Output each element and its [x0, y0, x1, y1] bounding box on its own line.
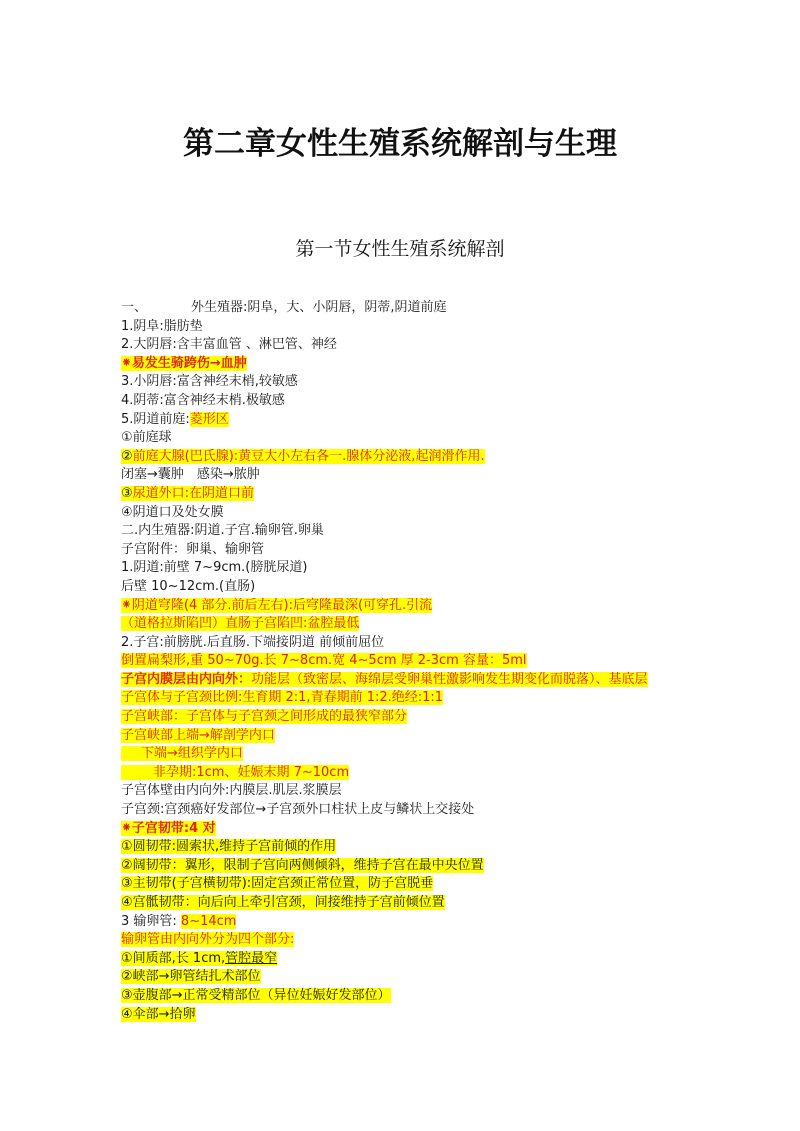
list-marker: 一、 [121, 300, 147, 315]
text-span: 闭塞→囊肿 感染→脓肿 [121, 467, 260, 482]
highlighted-note: ④宫骶韧带：向后向上牵引宫颈，间接维持子宫前倾位置 [121, 895, 445, 910]
text-line: ⁕阴道穹隆(4 部分.前后左右):后穹隆最深(可穿孔.引流 [121, 597, 686, 616]
text-span: ①前庭球 [121, 430, 172, 445]
highlighted-note: 功能层（致密层、海绵层受卵巢性激影响发生期变化而脱落）、基底层 [251, 672, 648, 687]
highlighted-note: 输卵管由内向外分为四个部分: [121, 932, 294, 947]
text-line: ⁕易发生骑跨伤→血肿 [121, 355, 686, 374]
text-line: ③尿道外口:在阴道口前 [121, 485, 686, 504]
text-span: 子宫颈:宫颈癌好发部位→子宫颈外口柱状上皮与鳞状上交接处 [121, 802, 474, 817]
text-line: 3.小阴唇:富含神经末梢,较敏感 [121, 373, 686, 392]
text-span: 1.阴阜:脂肪垫 [121, 319, 203, 334]
text-line: 子宫体与子宫颈比例:生育期 2:1,青春期前 1:2.绝经:1:1 [121, 689, 686, 708]
highlighted-note: ⁕易发生骑跨伤→血肿 [121, 356, 247, 371]
text-line: 一、外生殖器:阴阜，大、小阴唇，阴蒂,阴道前庭 [121, 299, 686, 318]
highlighted-note: 下端→组织学内口 [121, 746, 243, 761]
highlighted-note: 8~14cm [181, 914, 237, 929]
text-span: 1.阴道:前壁 7~9cm.(膀胱尿道) [121, 560, 307, 575]
text-line: 下端→组织学内口 [121, 745, 686, 764]
text-line: ⁕子宫韧带:4 对 [121, 820, 686, 839]
text-line: ①间质部,长 1cm,管腔最窄 [121, 950, 686, 969]
text-line: 子宫颈:宫颈癌好发部位→子宫颈外口柱状上皮与鳞状上交接处 [121, 801, 686, 820]
highlighted-note: 子宫峡部：子宫体与子宫颈之间形成的最狭窄部分 [121, 709, 407, 724]
text-line: ④伞部→拾卵 [121, 1006, 686, 1025]
text-span: 3.小阴唇:富含神经末梢,较敏感 [121, 374, 298, 389]
underlined-note: 管腔最窄 [225, 951, 277, 966]
highlighted-note: ③壶腹部→正常受精部位（异位妊娠好发部位） [121, 988, 391, 1003]
text-line: 1.阴阜:脂肪垫 [121, 318, 686, 337]
text-line: 2.子宫:前膀胱.后直肠.下端接阴道 前倾前屈位 [121, 634, 686, 653]
highlighted-heading: ⁕子宫韧带:4 对 [121, 821, 216, 836]
text-span: 2.大阴唇:含丰富血管 、淋巴管、神经 [121, 337, 337, 352]
highlighted-note: 前庭大腺(巴氏腺):黄豆大小左右各一.腺体分泌液,起润滑作用. [133, 449, 485, 464]
text-line: 子宫峡部：子宫体与子宫颈之间形成的最狭窄部分 [121, 708, 686, 727]
text-span: 子宫附件：卵巢、输卵管 [121, 542, 264, 557]
text-line: 2.大阴唇:含丰富血管 、淋巴管、神经 [121, 336, 686, 355]
text-line: ③壶腹部→正常受精部位（异位妊娠好发部位） [121, 987, 686, 1006]
text-line: 非孕期:1cm、妊娠末期 7~10cm [121, 764, 686, 783]
list-marker: ② [121, 449, 133, 464]
text-line: 子宫峡部上端→解剖学内口 [121, 727, 686, 746]
text-line: 输卵管由内向外分为四个部分: [121, 931, 686, 950]
highlighted-note: ⁕阴道穹隆(4 部分.前后左右):后穹隆最深(可穿孔.引流 [121, 598, 432, 613]
text-line: ②前庭大腺(巴氏腺):黄豆大小左右各一.腺体分泌液,起润滑作用. [121, 448, 686, 467]
text-line: 子宫体壁由内向外:内膜层.肌层.浆膜层 [121, 782, 686, 801]
text-line: ④阴道口及处女膜 [121, 504, 686, 523]
text-line: 1.阴道:前壁 7~9cm.(膀胱尿道) [121, 559, 686, 578]
text-line: 4.阴蒂:富含神经末梢.极敏感 [121, 392, 686, 411]
text-line: 倒置扁梨形,重 50~70g.长 7~8cm.宽 4~5cm 厚 2-3cm 容… [121, 652, 686, 671]
text-line: 3 输卵管: 8~14cm [121, 913, 686, 932]
heading-external-genitalia: 外生殖器:阴阜，大、小阴唇，阴蒂,阴道前庭 [191, 300, 447, 315]
text-line: 子宫附件：卵巢、输卵管 [121, 541, 686, 560]
text-line: ④宫骶韧带：向后向上牵引宫颈，间接维持子宫前倾位置 [121, 894, 686, 913]
text-line: ②峡部→卵管结扎术部位 [121, 968, 686, 987]
highlighted-note: ①圆韧带:圆索状,维持子宫前倾的作用 [121, 839, 336, 854]
text-line: 后壁 10~12cm.(直肠) [121, 578, 686, 597]
section-title: 第一节女性生殖系统解剖 [0, 234, 800, 261]
text-span: 3 输卵管: [121, 914, 181, 929]
text-line: ①前庭球 [121, 429, 686, 448]
text-span: 2.子宫:前膀胱.后直肠.下端接阴道 前倾前屈位 [121, 635, 384, 650]
highlighted-note: 尿道外口:在阴道口前 [133, 486, 254, 501]
highlighted-note: ②阔韧带：翼形，限制子宫向两侧倾斜，维持子宫在最中央位置 [121, 858, 484, 873]
highlighted-note: ④伞部→拾卵 [121, 1007, 196, 1022]
highlighted-note: ①间质部,长 1cm, [121, 951, 225, 966]
text-line: ③主韧带(子宫横韧带):固定宫颈正常位置，防子宫脱垂 [121, 875, 686, 894]
text-line: 子宫内膜层由内向外：功能层（致密层、海绵层受卵巢性激影响发生期变化而脱落）、基底… [121, 671, 686, 690]
list-marker: ③ [121, 486, 133, 501]
chapter-title: 第二章女性生殖系统解剖与生理 [0, 118, 800, 163]
text-line: ①圆韧带:圆索状,维持子宫前倾的作用 [121, 838, 686, 857]
highlighted-note: ③主韧带(子宫横韧带):固定宫颈正常位置，防子宫脱垂 [121, 876, 433, 891]
text-line: 5.阴道前庭:菱形区 [121, 411, 686, 430]
heading-internal-genitalia: 二.内生殖器:阴道.子宫.输卵管.卵巢 [121, 523, 324, 538]
highlighted-note: 倒置扁梨形,重 50~70g.长 7~8cm.宽 4~5cm 厚 2-3cm 容… [121, 653, 527, 668]
highlighted-note: 菱形区 [190, 412, 229, 427]
highlighted-note: ②峡部→卵管结扎术部位 [121, 969, 261, 984]
text-span: 子宫体壁由内向外:内膜层.肌层.浆膜层 [121, 783, 342, 798]
text-line: （道格拉斯陷凹）直肠子宫陷凹:盆腔最低 [121, 615, 686, 634]
text-span: 5.阴道前庭: [121, 412, 190, 427]
document-body: 一、外生殖器:阴阜，大、小阴唇，阴蒂,阴道前庭 1.阴阜:脂肪垫 2.大阴唇:含… [121, 299, 686, 1024]
highlighted-note: （道格拉斯陷凹）直肠子宫陷凹:盆腔最低 [121, 616, 359, 631]
highlighted-heading: 子宫内膜层由内向外： [121, 672, 251, 687]
text-line: 二.内生殖器:阴道.子宫.输卵管.卵巢 [121, 522, 686, 541]
highlighted-note: 非孕期:1cm、妊娠末期 7~10cm [121, 765, 349, 780]
text-line: ②阔韧带：翼形，限制子宫向两侧倾斜，维持子宫在最中央位置 [121, 857, 686, 876]
text-span: 4.阴蒂:富含神经末梢.极敏感 [121, 393, 285, 408]
text-line: 闭塞→囊肿 感染→脓肿 [121, 466, 686, 485]
highlighted-note: 子宫峡部上端→解剖学内口 [121, 728, 275, 743]
highlighted-note: 子宫体与子宫颈比例:生育期 2:1,青春期前 1:2.绝经:1:1 [121, 690, 443, 705]
text-span: ④阴道口及处女膜 [121, 505, 224, 520]
text-span: 后壁 10~12cm.(直肠) [121, 579, 255, 594]
